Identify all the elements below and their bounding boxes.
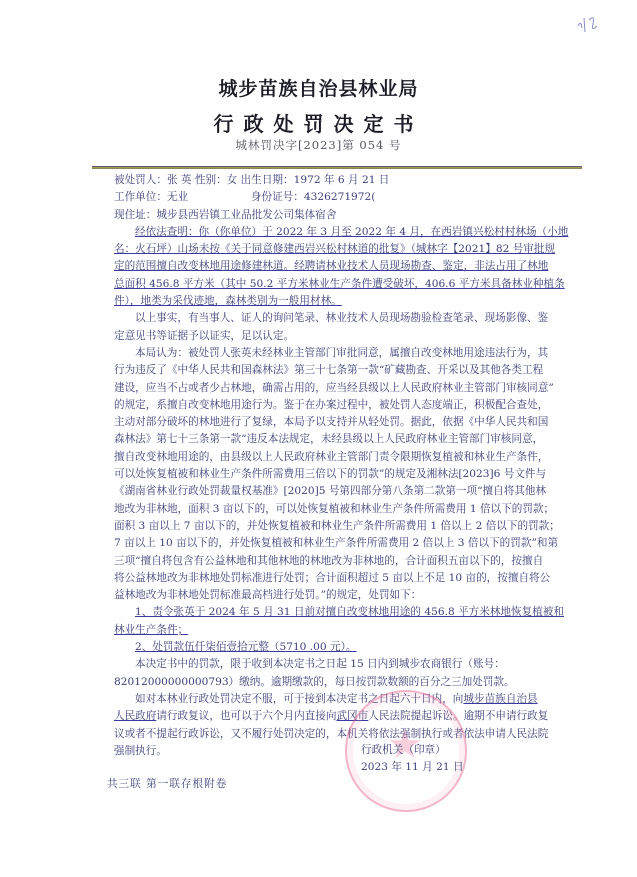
reasoning-line: 益林地改为非林地处罚标准最高档进行处罚。”的规定，处罚如下： — [114, 587, 550, 604]
issue-date: 2023 年 11 月 21 日 — [361, 759, 464, 776]
payment-line: 本决定书中的罚款，限于收到本决定书之日起 15 日内到城步农商银行（账号： — [114, 656, 550, 673]
facts-line: 总面积 456.8 平方米（其中 50.2 平方米林业生产条件遭受破坏，406.… — [114, 276, 550, 293]
facts-line: 定的范围擅自改变林地用途修建林道。经聘请林业技术人员现场勘查、鉴定，非法占用了林… — [114, 258, 550, 275]
penalty-item-2: 2、处罚款伍仟柒佰壹拾元整（5710 .00 元）。 — [114, 639, 550, 656]
appeal-line: 强制执行。 — [114, 743, 550, 760]
reasoning-line: 主动对部分破坏的林地进行了复绿，本局予以支持并从轻处罚。据此，依据《中华人民共和… — [114, 414, 550, 431]
appeal-line: 人民政府请行政复议，也可以于六个月内直接向武冈市人民法院提起诉讼。逾期不申请行政… — [114, 708, 550, 725]
reasoning-line: 森林法》第七十三条第一款“违反本法规定，未经县级以上人民政府林业主管部门审核同意… — [114, 431, 550, 448]
evidence-line: 以上事实，有当事人、证人的询问笔录、林业技术人员现场勘验检查笔录、现场影像、鉴 — [114, 310, 550, 327]
header-divider — [92, 166, 582, 169]
issuing-authority: 行政机关（印章） — [361, 742, 464, 759]
agency-name: 城步苗族自治县林业局 — [0, 74, 637, 101]
reasoning-line: 《湖南省林业行政处罚裁量权基准》[2020]5 号第四部分第八条第二款第一项“擅… — [114, 483, 550, 500]
party-name-line: 被处罚人：张 英 性别：女 出生日期：1972 年 6 月 21 日 — [114, 172, 550, 189]
document-body: 被处罚人：张 英 性别：女 出生日期：1972 年 6 月 21 日 工作单位：… — [114, 172, 550, 760]
reasoning-line: 将公益林地改为非林地处罚标准进行处罚；合计面积超过 5 亩以上不足 10 亩的，… — [114, 570, 550, 587]
penalty-item-1: 1、责令张英于 2024 年 5 月 31 日前对擅自改变林地用途的 456.8… — [114, 604, 550, 621]
facts-line: 经依法查明：你（你单位）于 2022 年 3 月至 2022 年 4 月，在西岩… — [114, 224, 550, 241]
appeal-line: 如对本林业行政处罚决定不服，可于接到本决定书之日起六十日内，向城步苗族自治县 — [114, 691, 550, 708]
review-authority: 城步苗族自治县 — [463, 693, 537, 705]
party-id-number: 身份证号：4326271972( — [251, 191, 376, 203]
copy-note: 共三联 第一联存根附卷 — [107, 776, 227, 791]
review-authority-cont: 人民政府 — [114, 710, 156, 722]
document-number: 城林罚决字[2023]第 054 号 — [0, 137, 637, 153]
reasoning-line: 行为违反了《中华人民共和国森林法》第三十七条第一款“矿藏勘查、开采以及其他各类工… — [114, 362, 550, 379]
reasoning-line: 地改为非林地，面积 3 亩以下的，可以处恢复植被和林业生产条件所需费用 1 倍以… — [114, 501, 550, 518]
reasoning-line: 可以处恢复植被和林业生产条件所需费用三倍以下的罚款”的规定及湘林法[2023]6… — [114, 466, 550, 483]
reasoning-line: 建设，应当不占或者少占林地，确需占用的，应当经县级以上人民政府林业主管部门审核同… — [114, 380, 550, 397]
facts-line: 件），地类为采伐迹地，森林类别为一般用材林。 — [114, 293, 550, 310]
appeal-text: 请行政复议，也可以于六个月内直接向 — [156, 710, 336, 722]
party-employer-line: 工作单位：无业 身份证号：4326271972( — [114, 189, 550, 206]
evidence-line: 定意见书等证据予以证实，足以认定。 — [114, 328, 550, 345]
handwritten-mark-icon — [575, 12, 605, 34]
facts-line: 名：火石坪）山场未按《关于同意修建西岩兴松村林道的批复》（城林字【2021】82… — [114, 241, 550, 258]
payment-line: 82012000000000793）缴纳。逾期缴款的，每日按罚款数额的百分之三加… — [114, 674, 550, 691]
document-page: 城步苗族自治县林业局 行政处罚决定书 城林罚决字[2023]第 054 号 被处… — [0, 0, 637, 877]
penalty-item-1-cont: 林业生产条件； — [114, 622, 550, 639]
document-title: 行政处罚决定书 — [0, 108, 637, 137]
signature-block: 行政机关（印章） 2023 年 11 月 21 日 — [361, 742, 464, 776]
reasoning-line: 擅自改变林地用途的，由县级以上人民政府林业主管部门责令限期恢复植被和林业生产条件… — [114, 449, 550, 466]
reasoning-line: 本局认为：被处罚人张英未经林业主管部门审批同意，属擅自改变林地用途违法行为，其 — [114, 345, 550, 362]
party-address-line: 现住址：城步县西岩镇工业品批发公司集体宿舍 — [114, 207, 550, 224]
reasoning-line: 7 亩以上 10 亩以下的，并处恢复植被和林业生产条件所需费用 2 倍以上 3 … — [114, 535, 550, 552]
appeal-line: 议或者不提起行政诉讼，又不履行处罚决定的，本机关将依法强制执行或者依法申请人民法… — [114, 726, 550, 743]
reasoning-line: 面积 3 亩以上 7 亩以下的，并处恢复植被和林业生产条件所需费用 1 倍以上 … — [114, 518, 550, 535]
reasoning-line: 三项“擅自将包含有公益林地和其他林地的林地改为非林地的，合计面积五亩以下的，按擅… — [114, 553, 550, 570]
party-employer: 工作单位：无业 — [114, 191, 188, 203]
reasoning-line: 的规定，系擅自改变林地用途行为。鉴于在办案过程中，被处罚人态度端正，积极配合查处… — [114, 397, 550, 414]
